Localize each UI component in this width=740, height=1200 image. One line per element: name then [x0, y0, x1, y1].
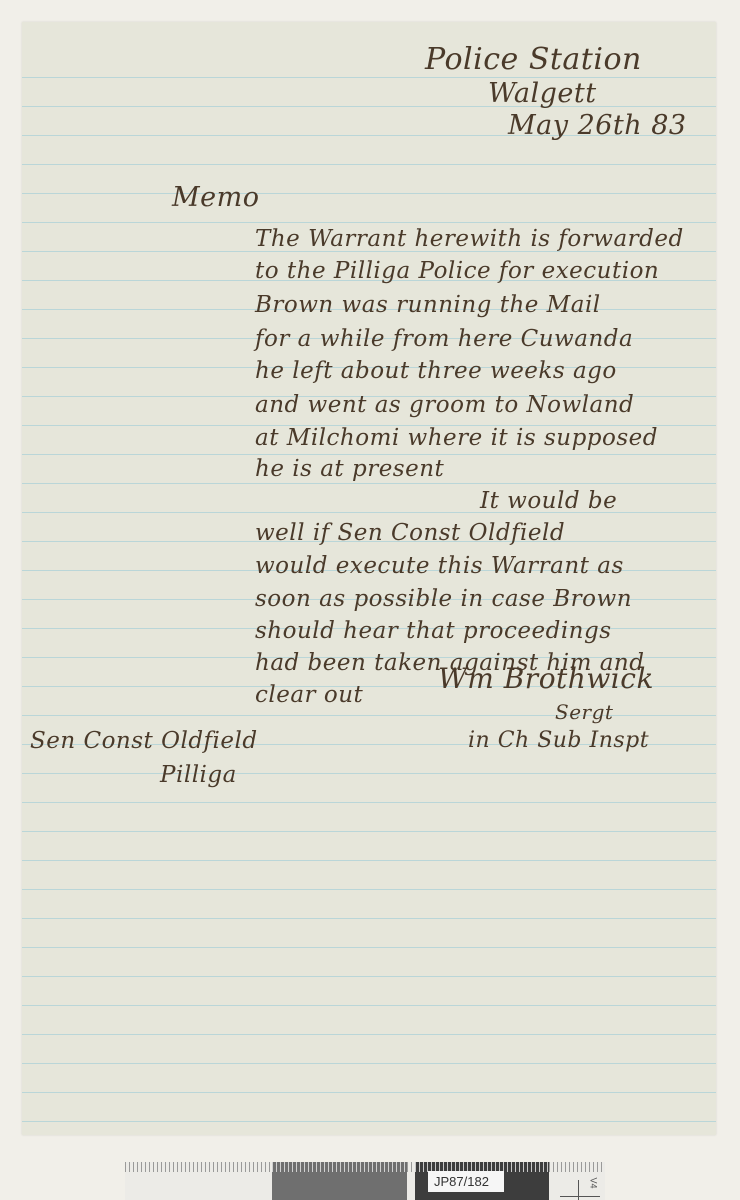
- header-date: May 26th 83: [508, 110, 687, 141]
- signature-rank: Sergt: [555, 700, 613, 724]
- body-line: should hear that proceedings: [255, 618, 612, 644]
- archive-reference-label: JP87/182: [428, 1171, 504, 1192]
- scanned-document-view: Police Station Walgett May 26th 83 Memo …: [0, 0, 740, 1200]
- ruler-segment-light: [125, 1162, 272, 1200]
- archival-scale-ruler: [125, 1162, 605, 1200]
- ruler-segment-mid-gray: [272, 1162, 407, 1200]
- header-location: Police Station: [425, 42, 642, 77]
- body-line: at Milchomi where it is supposed: [255, 425, 658, 451]
- ruler-segment-gap: [407, 1162, 415, 1200]
- body-line: clear out: [255, 682, 363, 708]
- body-line: soon as possible in case Brown: [255, 586, 632, 612]
- body-line: to the Pilliga Police for execution: [255, 258, 659, 284]
- body-line: for a while from here Cuwanda: [255, 326, 633, 352]
- signature-title: in Ch Sub Inspt: [468, 728, 649, 753]
- body-line: The Warrant herewith is forwarded: [255, 226, 684, 252]
- header-town: Walgett: [488, 78, 597, 109]
- addressee-name: Sen Const Oldfield: [30, 728, 258, 754]
- body-line: he left about three weeks ago: [255, 358, 617, 384]
- crosshair-icon: [578, 1180, 579, 1200]
- memo-salutation: Memo: [172, 182, 259, 213]
- body-line: would execute this Warrant as: [255, 553, 624, 579]
- body-line: he is at present: [255, 456, 444, 482]
- addressee-place: Pilliga: [160, 762, 237, 788]
- body-line: It would be: [480, 488, 617, 514]
- scale-mark: V4: [589, 1177, 599, 1188]
- body-line: well if Sen Const Oldfield: [255, 520, 565, 546]
- body-line: and went as groom to Nowland: [255, 392, 634, 418]
- crosshair-icon: [560, 1196, 600, 1197]
- body-line: Brown was running the Mail: [255, 292, 601, 318]
- signature-name: Wm Brothwick: [438, 662, 654, 695]
